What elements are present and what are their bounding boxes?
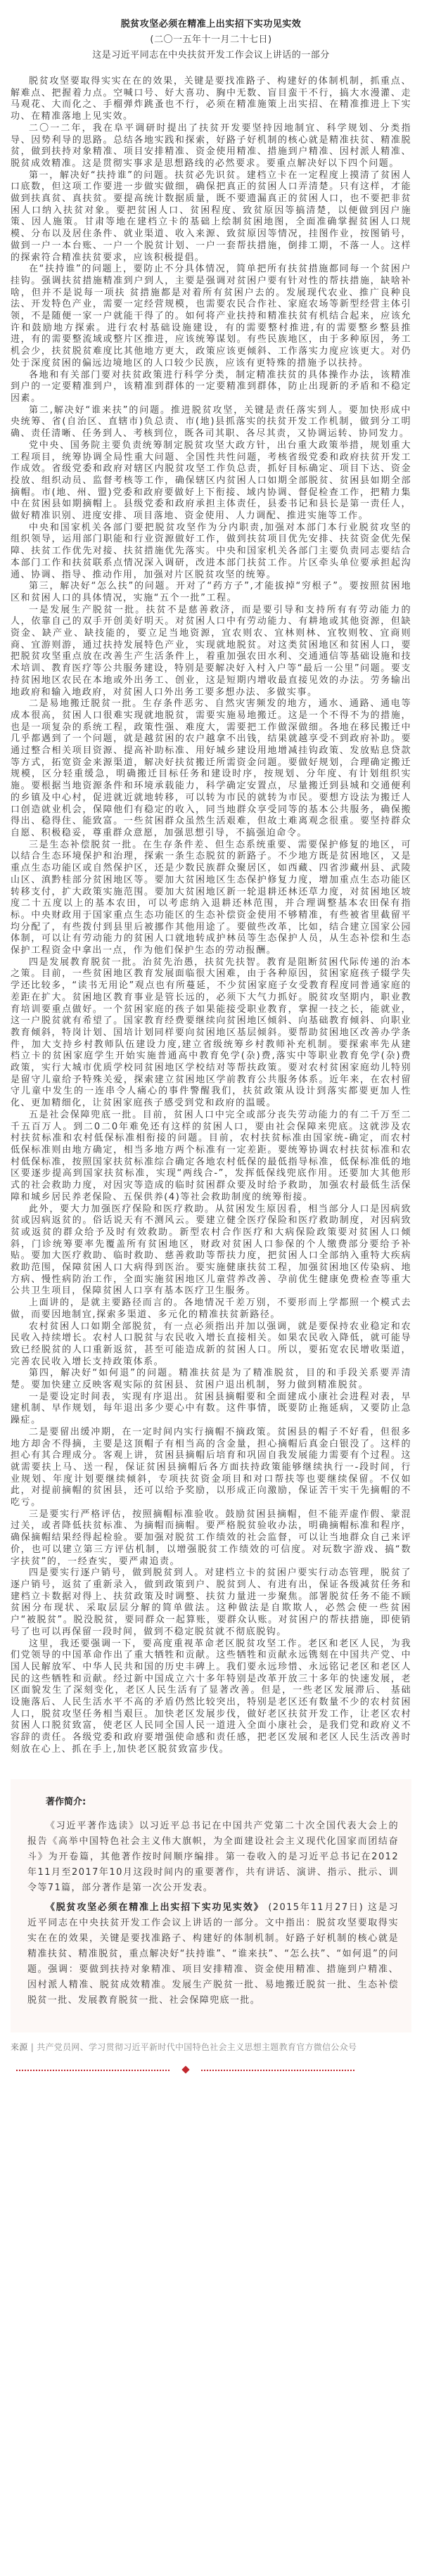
paragraph: 农村贫困人口如期全部脱贫，有一点必须指出并加以强调，就是要保持农业稳定和农民收入… [11, 1321, 411, 1369]
paragraph: 三是要实行严格评估，按照摘帽标准验收。鼓励贫困县摘帽，但不能弄虚作假、蒙混过关，… [11, 1509, 411, 1568]
paragraph: 党中央、国务院主要负责统筹制定脱贫攻坚大政方针，出台重大政策举措，规划重大工程项… [11, 440, 411, 523]
source-text: 共产党员网、学习贯彻习近平新时代中国特色社会主义思想主题教育官方微信公众号 [37, 2042, 357, 2052]
paragraph: 各地和有关部门要对扶贫政策进行科学分类，制定精准扶贫的具体操作办法，该精准到户的… [11, 370, 411, 405]
paragraph: 三是生态补偿脱贫一批。在生存条件差、但生态系统重要、需要保护修复的地区，可以结合… [11, 840, 411, 957]
summary-intro: 《习近平著作选读》以习近平总书记在中国共产党第二十次全国代表大会上的报告《高举中… [27, 1819, 399, 1896]
article-header: 脱贫攻坚必须在精准上出实招下实功见实效 (二〇一五年十一月二十七日) 这是习近平… [11, 0, 411, 63]
article-page: 脱贫攻坚必须在精准上出实招下实功见实效 (二〇一五年十一月二十七日) 这是习近平… [0, 0, 422, 2077]
paragraph: 这里，我还要强调一下，要高度重视革命老区脱贫攻坚工作。老区和老区人民，为我们党领… [11, 1639, 411, 1756]
paragraph: 脱贫攻坚要取得实实在在的效果，关键是要找准路子、构建好的体制机制，抓重点、解难点… [11, 76, 411, 123]
paragraph: 第四，解决好“如何退”的问题。精准扶贫是为了精准脱贫，目的和手段关系要弄清楚。要… [11, 1368, 411, 1391]
paragraph: 四是要实行逐户销号，做到脱贫到人。对建档立卡的贫困户要实行动态管理，脱贫了逐户销… [11, 1568, 411, 1638]
article-title: 脱贫攻坚必须在精准上出实招下实功见实效 [11, 17, 411, 32]
paragraph: 中央和国家机关各部门要把脱贫攻坚作为分内职责,加强对本部门本行业脱贫攻坚的组织领… [11, 523, 411, 582]
paragraph: 第一，解决好“扶持谁”的问题。扶贫必先识贫。建档立卡在一定程度上摸清了贫困人口底… [11, 170, 411, 264]
diamond-icon [181, 2065, 189, 2073]
ornamental-divider [11, 2063, 411, 2077]
paragraph: 第二,解决好“谁来扶”的问题。推进脱贫攻坚，关键是责任落实到人。要加快形成中央统… [11, 405, 411, 440]
source-label: 来源 [11, 2042, 28, 2052]
summary-heading: 著作简介: [27, 1795, 399, 1810]
dotted-line-right [201, 2070, 354, 2072]
dotted-line-left [16, 2070, 170, 2072]
article-body: 脱贫攻坚要取得实实在在的效果，关键是要找准路子、构建好的体制机制，抓重点、解难点… [11, 76, 411, 1756]
source-separator: | [31, 2042, 34, 2052]
work-summary-box: 著作简介: 《习近平著作选读》以习近平总书记在中国共产党第二十次全国代表大会上的… [11, 1779, 411, 2032]
paragraph: 二〇一二年，我在阜平调研时提出了扶贫开发要坚持因地制宜、科学规划、分类指导、因势… [11, 123, 411, 170]
summary-work-description: 《脱贫攻坚必须在精准上出实招下实功见实效》 (2015年11月27日) 这是习近… [27, 1900, 399, 2008]
paragraph: 在“扶持谁”的问题上，要防止不分具体情况，简单把所有扶贫措施都同每一个贫困户挂钩… [11, 264, 411, 369]
article-date: (二〇一五年十一月二十七日) [11, 32, 411, 48]
article-note: 这是习近平同志在中央扶贫开发工作会议上讲话的一部分 [11, 48, 411, 63]
summary-work-title: 《脱贫攻坚必须在精准上出实招下实功见实效》 [46, 1902, 264, 1913]
summary-work-text: (2015年11月27日) 这是习近平同志在中央扶贫开发工作会议上讲话的一部分。… [27, 1902, 399, 2006]
paragraph: 五是社会保障兜底一批。目前，贫困人口中完全或部分丧失劳动能力的有二千万至二千五百… [11, 1110, 411, 1204]
paragraph: 二是易地搬迁脱贫一批。生存条件恶劣、自然灾害频发的地方，通水、通路、通电等成本很… [11, 698, 411, 839]
paragraph: 一是发展生产脱贫一批。扶贫不是慈善救济，而是要引导和支持所有有劳动能力的人，依靠… [11, 605, 411, 699]
paragraph: 此外，要大力加强医疗保险和医疗救助。从贫困发生原因看，相当部分人口是因病致贫或因… [11, 1204, 411, 1298]
source-line: 来源 | 共产党员网、学习贯彻习近平新时代中国特色社会主义思想主题教育官方微信公… [11, 2041, 411, 2053]
paragraph: 上面讲的，是就主要路径而言的。各地情况千差万别，不要形而上学都照一个模式去做，而… [11, 1297, 411, 1321]
paragraph: 一是要设定时间表，实现有序退出。贫困县摘帽要和全面建成小康社会进程对表，早建机制… [11, 1392, 411, 1427]
paragraph: 二是要留出缓冲期，在一定时间内实行摘帽不摘政策。贫困县的帽子不好看，但很多地方却… [11, 1427, 411, 1509]
paragraph: 第三，解决好“怎么扶”的问题。开对了“药方子”,才能拔掉“穷根子”。要按照贫困地… [11, 581, 411, 604]
paragraph: 四是发展教育脱贫一批。治贫先治愚，扶贫先扶智。教育是阻断贫困代际传递的治本之策。… [11, 957, 411, 1110]
